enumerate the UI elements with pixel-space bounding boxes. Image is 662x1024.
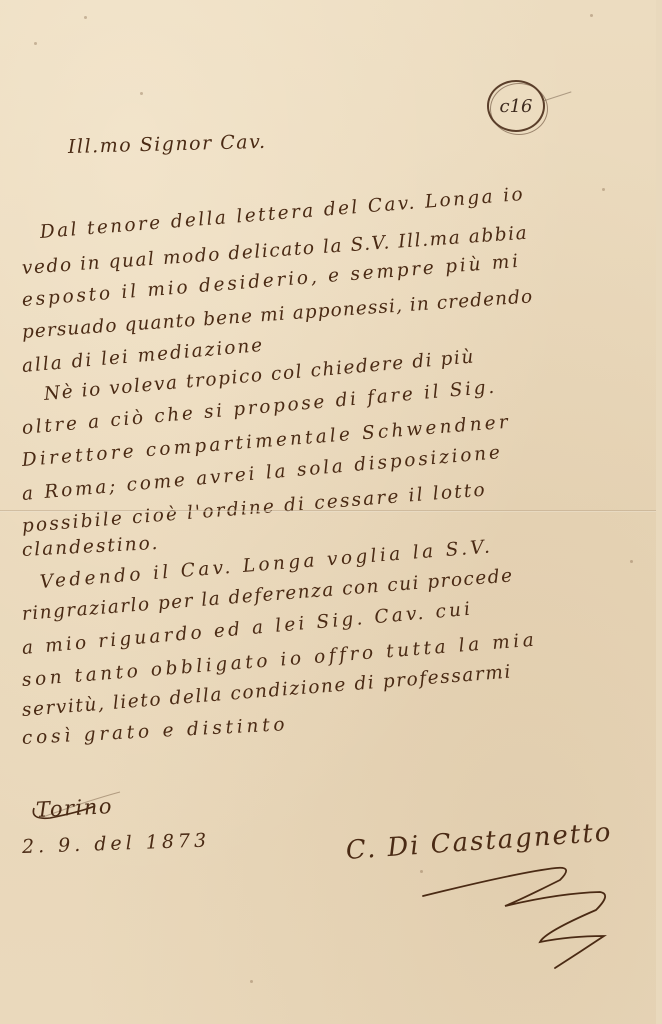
signature-flourish-icon (0, 0, 656, 1024)
letter-page: c16 Ill.mo Signor Cav. Dal tenore della … (0, 0, 656, 1024)
